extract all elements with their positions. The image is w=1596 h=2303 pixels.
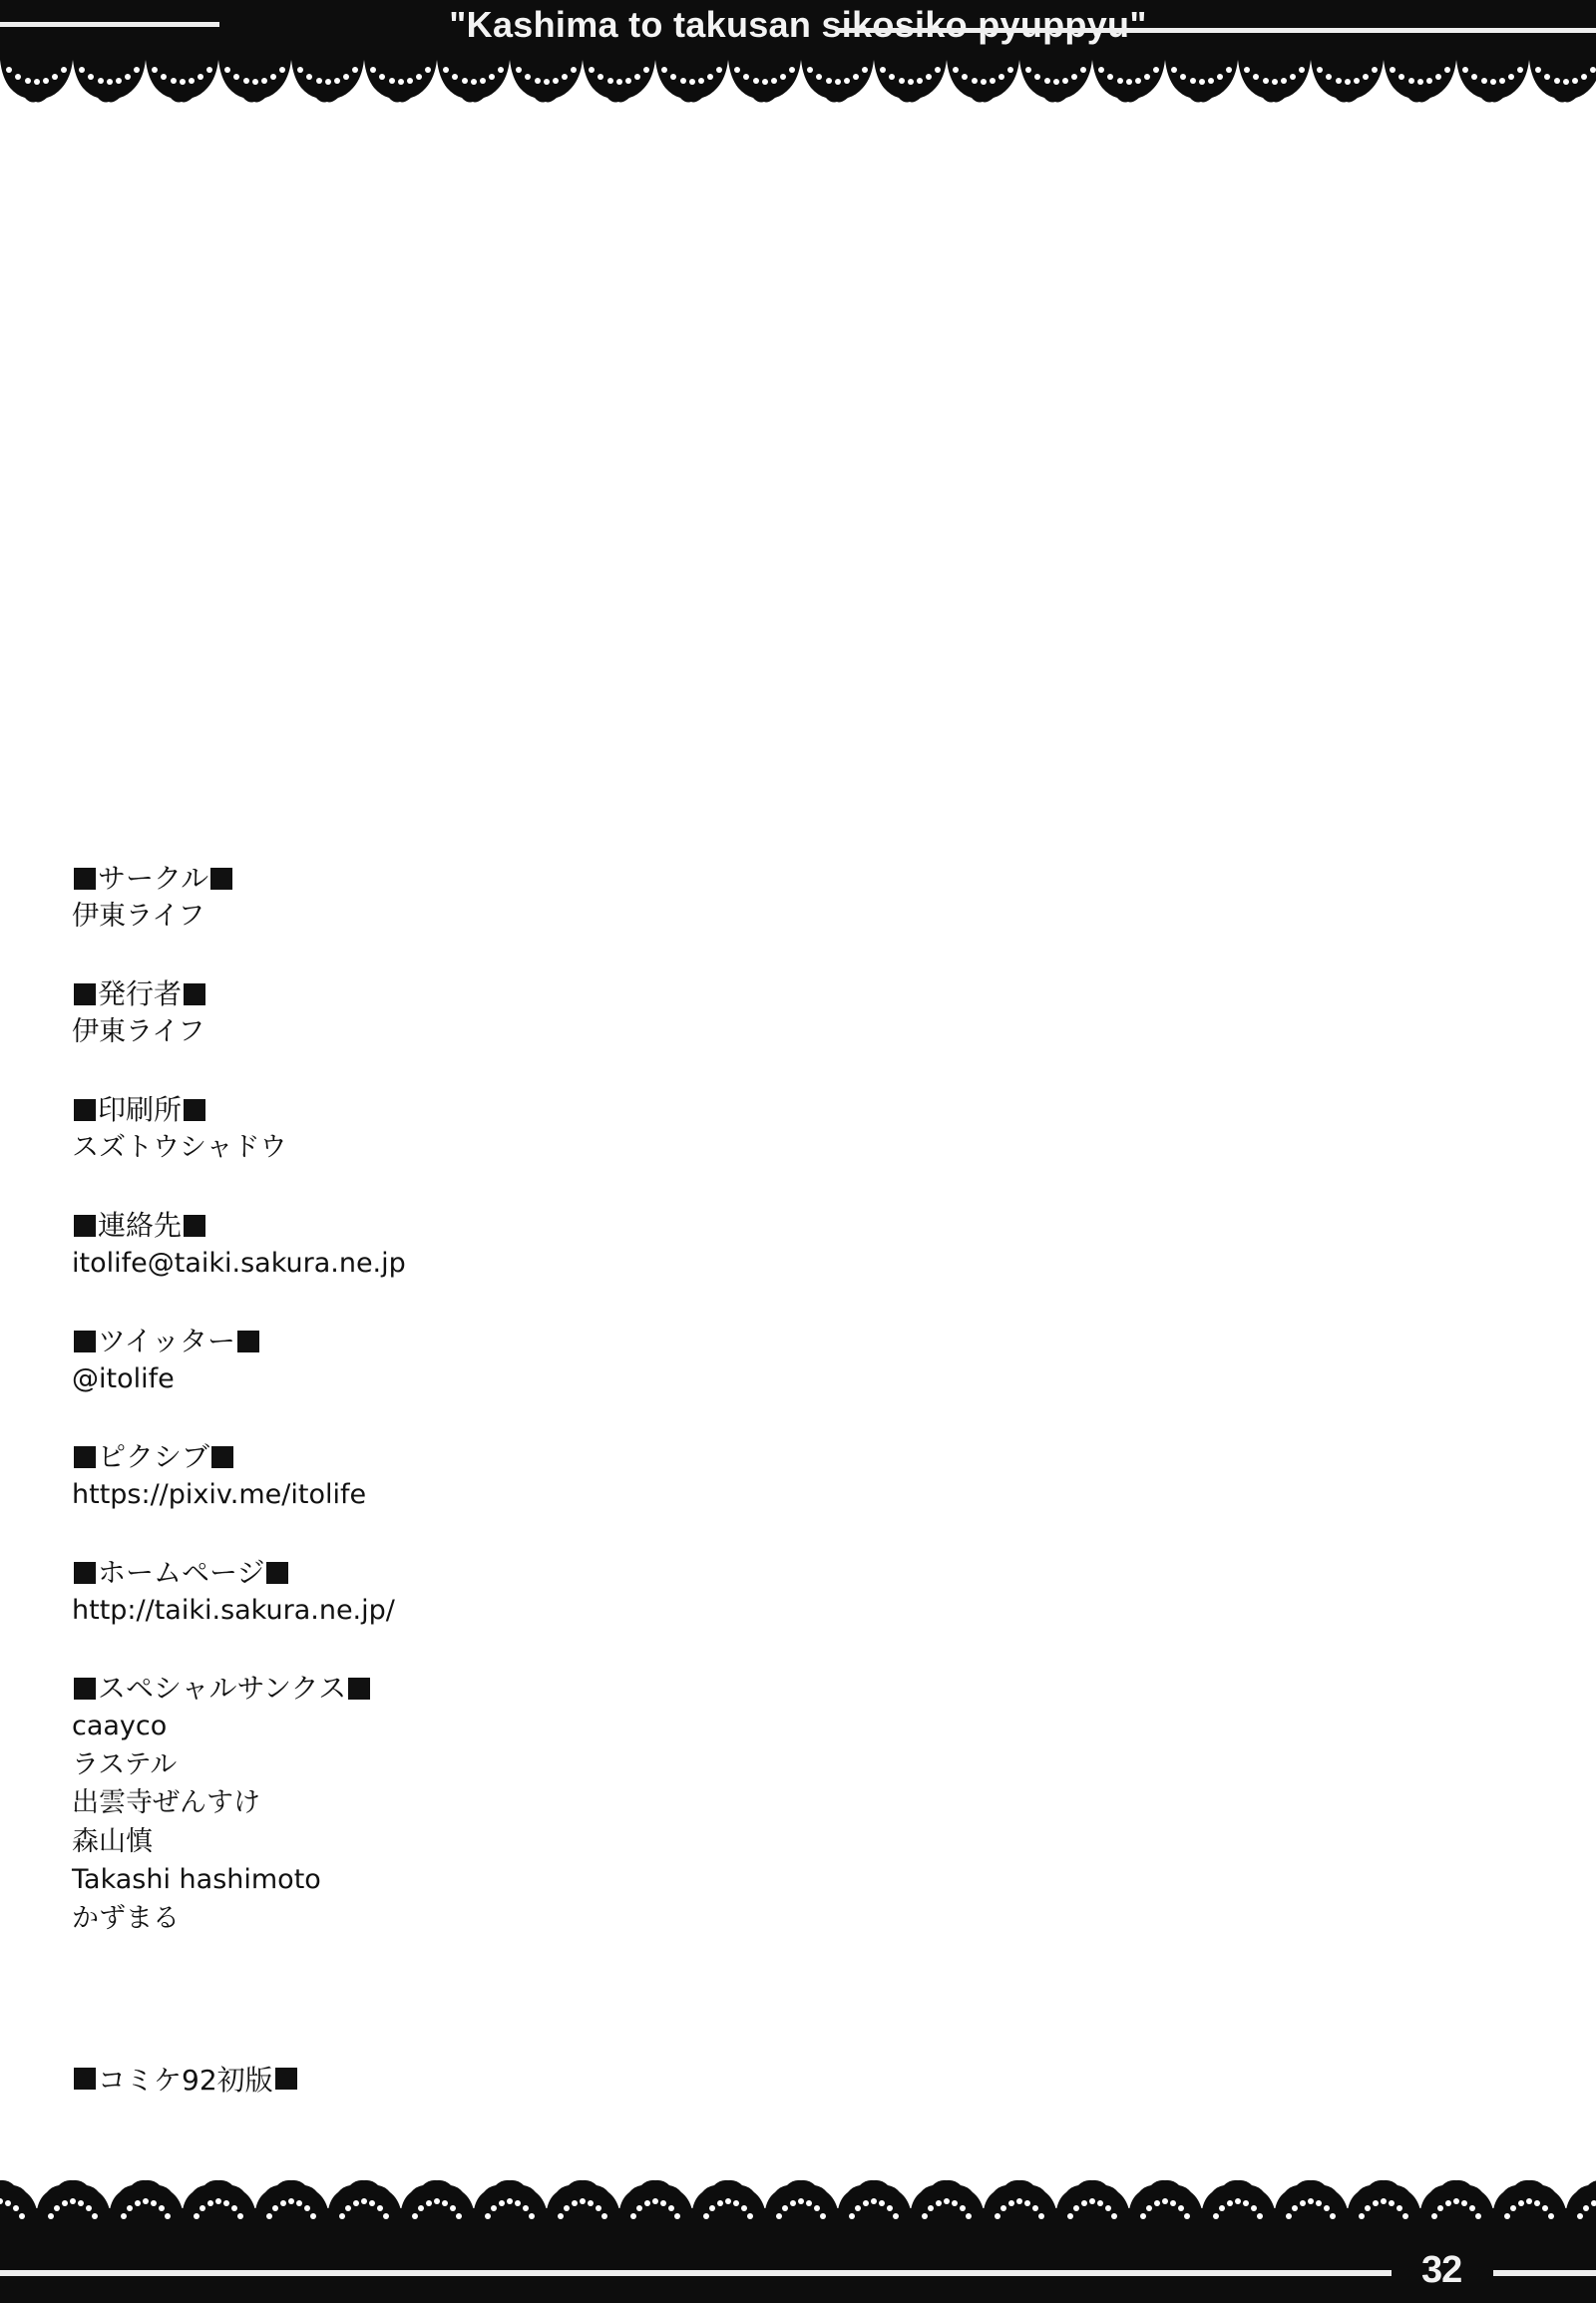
book-title: "Kashima to takusan sikosiko pyuppyu" bbox=[0, 4, 1596, 46]
twitter-handle: @itolife bbox=[72, 1360, 670, 1398]
square-bullet-icon bbox=[266, 1562, 288, 1584]
footer-rule-right bbox=[1493, 2270, 1596, 2276]
square-bullet-icon bbox=[210, 868, 232, 890]
thanks-name: caayco bbox=[72, 1708, 670, 1746]
lace-border-bottom bbox=[0, 2164, 1596, 2303]
section-pixiv: ピクシブ https://pixiv.me/itolife bbox=[72, 1438, 670, 1514]
square-bullet-icon bbox=[74, 1099, 96, 1121]
publisher-name: 伊東ライフ bbox=[72, 1013, 670, 1051]
square-bullet-icon bbox=[211, 1446, 233, 1468]
square-bullet-icon bbox=[74, 983, 96, 1005]
bottom-lace-banner: 32 bbox=[0, 2164, 1596, 2303]
edition-note: コミケ92初版 bbox=[72, 2059, 299, 2099]
section-special-thanks: スペシャルサンクス caayco ラステル 出雲寺ぜんすけ 森山慎 Takash… bbox=[72, 1670, 670, 1938]
top-lace-banner: "Kashima to takusan sikosiko pyuppyu" bbox=[0, 0, 1596, 110]
section-twitter: ツイッター @itolife bbox=[72, 1323, 670, 1398]
page-number: 32 bbox=[1421, 2249, 1461, 2292]
square-bullet-icon bbox=[275, 2068, 297, 2090]
edition-label: コミケ92初版 bbox=[98, 2059, 273, 2099]
section-heading: スペシャルサンクス bbox=[98, 1670, 346, 1708]
square-bullet-icon bbox=[74, 1678, 96, 1700]
square-bullet-icon bbox=[74, 1215, 96, 1237]
square-bullet-icon bbox=[184, 1215, 205, 1237]
square-bullet-icon bbox=[74, 1446, 96, 1468]
colophon: サークル 伊東ライフ 発行者 伊東ライフ 印刷所 スズトウシャドウ 連絡先 it… bbox=[72, 860, 670, 1978]
section-contact: 連絡先 itolife@taiki.sakura.ne.jp bbox=[72, 1207, 670, 1283]
section-heading: ピクシブ bbox=[98, 1438, 209, 1476]
square-bullet-icon bbox=[74, 1331, 96, 1352]
section-heading: ホームページ bbox=[98, 1554, 264, 1592]
footer-rule-left bbox=[0, 2270, 1392, 2276]
square-bullet-icon bbox=[237, 1331, 259, 1352]
square-bullet-icon bbox=[348, 1678, 370, 1700]
square-bullet-icon bbox=[184, 983, 205, 1005]
section-heading: 印刷所 bbox=[98, 1091, 182, 1129]
section-heading: 連絡先 bbox=[98, 1207, 182, 1245]
thanks-name: Takashi hashimoto bbox=[72, 1861, 670, 1900]
section-homepage: ホームページ http://taiki.sakura.ne.jp/ bbox=[72, 1554, 670, 1630]
thanks-name: 出雲寺ぜんすけ bbox=[72, 1784, 670, 1823]
section-circle: サークル 伊東ライフ bbox=[72, 860, 670, 936]
title-rule-right bbox=[836, 28, 1596, 33]
thanks-name: 森山慎 bbox=[72, 1823, 670, 1862]
square-bullet-icon bbox=[74, 868, 96, 890]
thanks-name: ラステル bbox=[72, 1746, 670, 1785]
square-bullet-icon bbox=[74, 2068, 96, 2090]
homepage-url: http://taiki.sakura.ne.jp/ bbox=[72, 1592, 670, 1630]
circle-name: 伊東ライフ bbox=[72, 898, 670, 936]
section-heading: ツイッター bbox=[98, 1323, 235, 1360]
section-printer: 印刷所 スズトウシャドウ bbox=[72, 1091, 670, 1167]
section-heading: サークル bbox=[98, 860, 208, 898]
section-publisher: 発行者 伊東ライフ bbox=[72, 975, 670, 1051]
pixiv-url: https://pixiv.me/itolife bbox=[72, 1476, 670, 1514]
section-heading: 発行者 bbox=[98, 975, 182, 1013]
printer-name: スズトウシャドウ bbox=[72, 1129, 670, 1167]
square-bullet-icon bbox=[74, 1562, 96, 1584]
thanks-name: かずまる bbox=[72, 1900, 670, 1939]
square-bullet-icon bbox=[184, 1099, 205, 1121]
contact-email: itolife@taiki.sakura.ne.jp bbox=[72, 1245, 670, 1283]
